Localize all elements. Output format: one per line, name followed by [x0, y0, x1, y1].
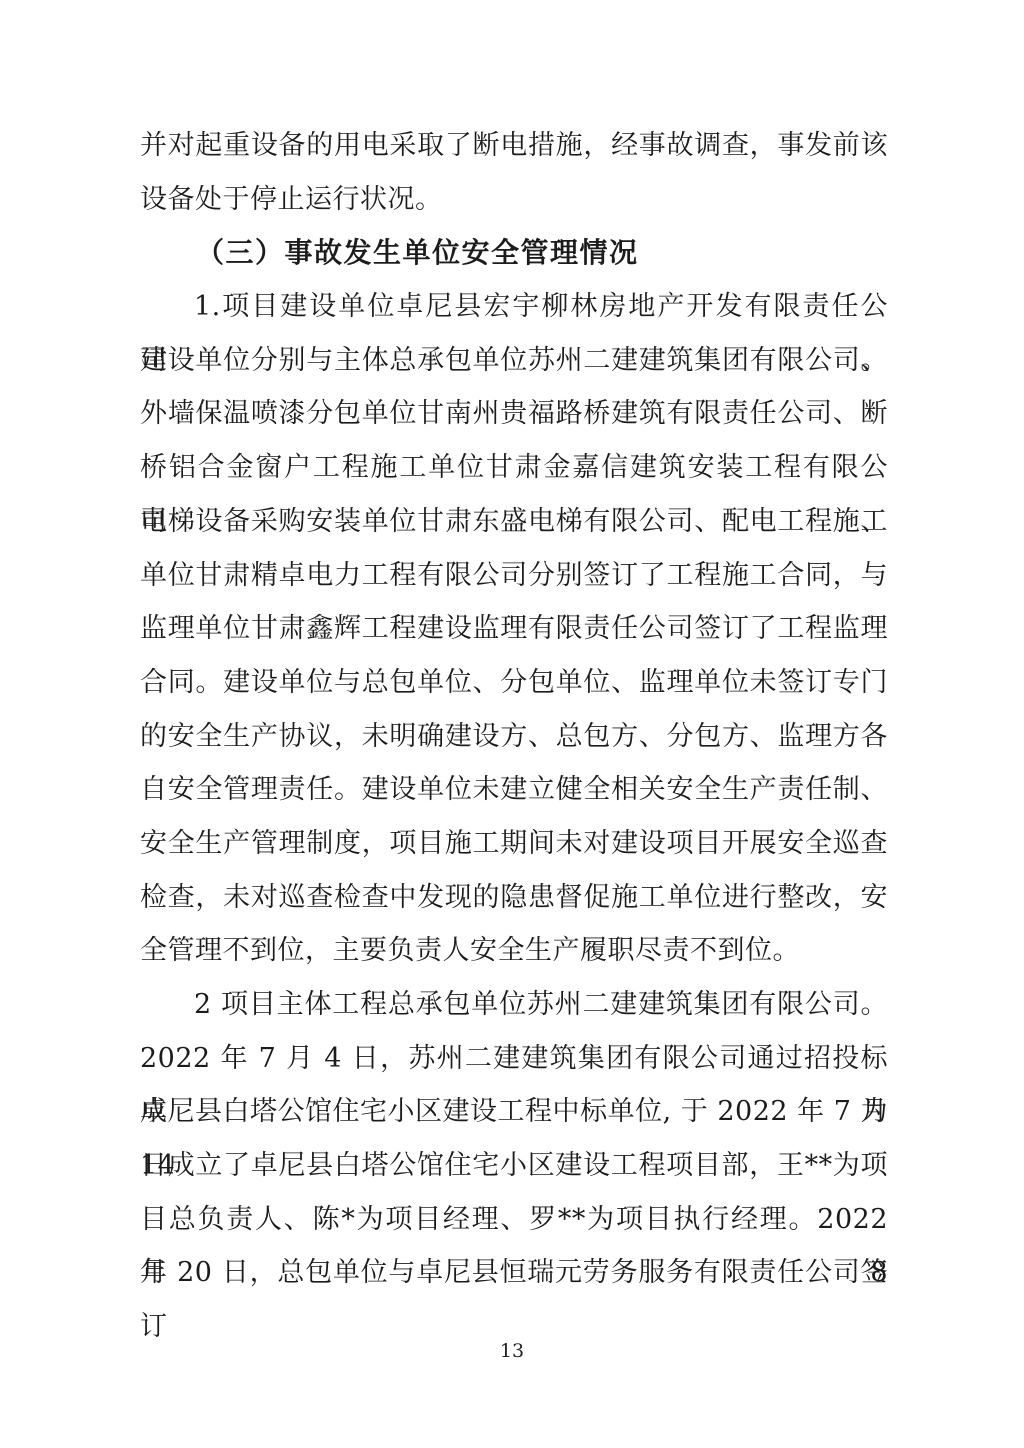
- text-line: 并对起重设备的用电采取了断电措施，经事故调查，事发前该: [140, 119, 888, 173]
- text-line: 监理单位甘肃鑫辉工程建设监理有限责任公司签订了工程监理: [140, 602, 888, 656]
- section-heading: （三）事故发生单位安全管理情况: [140, 226, 888, 280]
- text-line: 1.项目建设单位卓尼县宏宇柳林房地产开发有限责任公司。: [140, 280, 888, 334]
- text-line: 自安全管理责任。建设单位未建立健全相关安全生产责任制、: [140, 763, 888, 817]
- text-line: 桥铝合金窗户工程施工单位甘肃金嘉信建筑安装工程有限公司、: [140, 441, 888, 495]
- text-line: 检查，未对巡查检查中发现的隐患督促施工单位进行整改，安: [140, 871, 888, 925]
- text-line: 目总负责人、陈*为项目经理、罗**为项目执行经理。2022 年 8: [140, 1193, 888, 1247]
- page-number: 13: [0, 1340, 1024, 1362]
- text-line: 日成立了卓尼县白塔公馆住宅小区建设工程项目部，王**为项: [140, 1139, 888, 1193]
- text-line: 月 20 日，总包单位与卓尼县恒瑞元劳务服务有限责任公司签订: [140, 1246, 888, 1300]
- text-line: 单位甘肃精卓电力工程有限公司分别签订了工程施工合同，与: [140, 549, 888, 603]
- text-line: 2 项目主体工程总承包单位苏州二建建筑集团有限公司。: [140, 978, 888, 1032]
- text-line: 设备处于停止运行状况。: [140, 173, 888, 227]
- document-body: 并对起重设备的用电采取了断电措施，经事故调查，事发前该设备处于停止运行状况。（三…: [140, 119, 888, 1300]
- text-line: 安全生产管理制度，项目施工期间未对建设项目开展安全巡查: [140, 817, 888, 871]
- text-line: 建设单位分别与主体总承包单位苏州二建建筑集团有限公司、: [140, 334, 888, 388]
- text-line: 合同。建设单位与总包单位、分包单位、监理单位未签订专门: [140, 656, 888, 710]
- text-line: 全管理不到位，主要负责人安全生产履职尽责不到位。: [140, 924, 888, 978]
- text-line: 外墙保温喷漆分包单位甘南州贵福路桥建筑有限责任公司、断: [140, 387, 888, 441]
- text-line: 2022 年 7 月 4 日，苏州二建建筑集团有限公司通过招投标成为: [140, 1032, 888, 1086]
- document-page: 并对起重设备的用电采取了断电措施，经事故调查，事发前该设备处于停止运行状况。（三…: [0, 0, 1024, 1448]
- text-line: 电梯设备采购安装单位甘肃东盛电梯有限公司、配电工程施工: [140, 495, 888, 549]
- text-line: 的安全生产协议，未明确建设方、总包方、分包方、监理方各: [140, 710, 888, 764]
- text-line: 卓尼县白塔公馆住宅小区建设工程中标单位, 于 2022 年 7 月 14: [140, 1085, 888, 1139]
